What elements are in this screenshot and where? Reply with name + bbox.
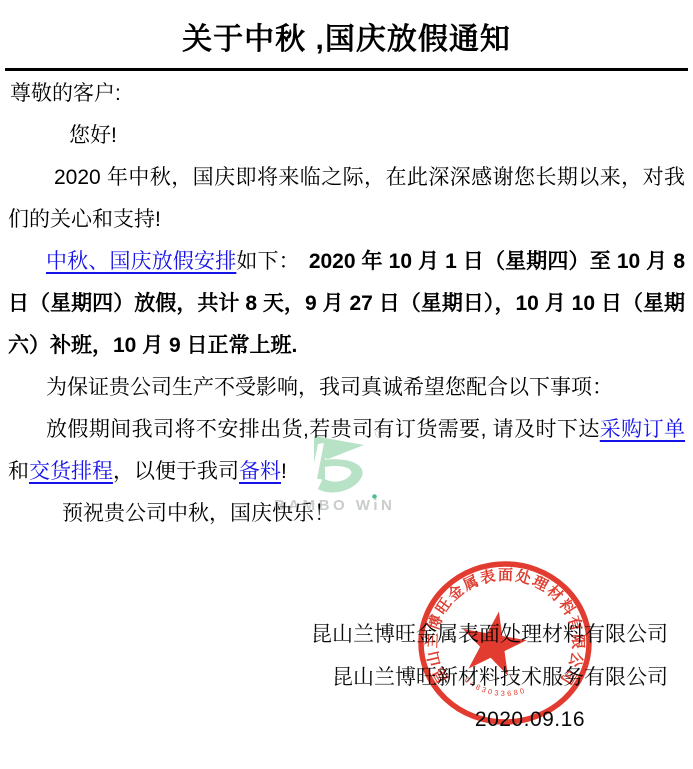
notice-end-text: !	[281, 460, 287, 483]
holiday-notice-document: ® BAMBO WiN 关于中秋 ,国庆放假通知 尊敬的客户: 您好! 2020…	[0, 0, 693, 769]
notice-mid2-text: ，以便于我司	[113, 460, 239, 483]
intro-paragraph: 2020 年中秋，国庆即将来临之际，在此深深感谢您长期以来，对我们的关心和支持!	[8, 157, 685, 241]
seal-serial-number: 0483033680	[463, 675, 528, 698]
delivery-schedule-link[interactable]: 交货排程	[29, 460, 113, 483]
purchase-order-link[interactable]: 采购订单	[600, 418, 685, 441]
title-underline-rule	[5, 68, 688, 71]
wish-paragraph: 预祝贵公司中秋，国庆快乐！	[8, 493, 685, 535]
hello-line: 您好!	[8, 115, 685, 157]
document-body: 尊敬的客户: 您好! 2020 年中秋，国庆即将来临之际，在此深深感谢您长期以来…	[0, 73, 693, 535]
schedule-mid-text: 如下：	[236, 250, 299, 273]
notice-mid1-text: 和	[8, 460, 29, 483]
schedule-paragraph: 中秋、国庆放假安排如下：2020 年 10 月 1 日（星期四）至 10 月 8…	[8, 241, 685, 367]
stock-material-link[interactable]: 备料	[239, 460, 281, 483]
seal-star-icon	[463, 612, 527, 676]
company-seal-stamp: 昆山兰博旺金属表面处理材料有限公司 0483033680	[413, 556, 597, 732]
greeting-line: 尊敬的客户:	[8, 73, 685, 115]
document-title: 关于中秋 ,国庆放假通知	[0, 0, 693, 61]
request-paragraph: 为保证贵公司生产不受影响，我司真诚希望您配合以下事项：	[8, 367, 685, 409]
holiday-arrangement-link[interactable]: 中秋、国庆放假安排	[46, 250, 236, 273]
notice-paragraph: 放假期间我司将不安排出货,若贵司有订货需要, 请及时下达采购订单和交货排程，以便…	[8, 409, 685, 493]
notice-pre-text: 放假期间我司将不安排出货,若贵司有订货需要, 请及时下达	[46, 418, 600, 441]
